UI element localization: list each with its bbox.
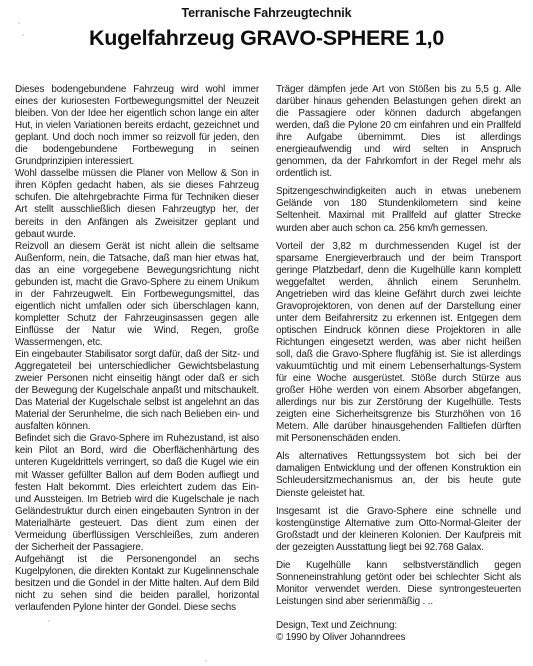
paragraph: Vorteil der 3,82 m durchmessenden Kugel … bbox=[276, 241, 521, 446]
paper-speckle bbox=[205, 660, 207, 662]
paragraph: Wohl dasselbe müssen die Planer von Mell… bbox=[15, 168, 259, 240]
paragraph: Aufgehängt ist die Personengondel an sec… bbox=[15, 554, 259, 614]
copyright-line: © 1990 by Oliver Johanndrees bbox=[276, 632, 521, 644]
paragraph: Befindet sich die Gravo-Sphere im Ruhezu… bbox=[15, 433, 259, 553]
paper-speckle bbox=[48, 620, 50, 622]
paper-speckle bbox=[50, 600, 52, 602]
paper-speckle bbox=[18, 22, 20, 24]
section-kicker: Terranische Fahrzeugtechnik bbox=[0, 6, 533, 20]
paragraph: Reizvoll an diesem Gerät ist nicht allei… bbox=[15, 241, 259, 349]
paper-speckle bbox=[22, 34, 24, 36]
paragraph: Ein eingebauter Stabilisator sorgt dafür… bbox=[15, 349, 259, 433]
credits-label: Design, Text und Zeichnung: bbox=[276, 620, 521, 632]
paragraph: Als alternatives Rettungssystem bot sich… bbox=[276, 451, 521, 499]
paragraph: Träger dämpfen jede Art von Stößen bis z… bbox=[276, 84, 521, 180]
left-text-column: Dieses bodengebundene Fahrzeug wird wohl… bbox=[15, 84, 259, 614]
credits-block: Design, Text und Zeichnung: © 1990 by Ol… bbox=[276, 620, 521, 644]
article-title: Kugelfahrzeug GRAVO-SPHERE 1,0 bbox=[0, 26, 533, 51]
right-text-column: Träger dämpfen jede Art von Stößen bis z… bbox=[276, 84, 521, 644]
paragraph: Insgesamt ist die Gravo-Sphere eine schn… bbox=[276, 506, 521, 554]
document-page: Terranische Fahrzeugtechnik Kugelfahrzeu… bbox=[0, 0, 533, 666]
paragraph: Spitzengeschwindigkeiten auch in etwas u… bbox=[276, 186, 521, 234]
paragraph: Dieses bodengebundene Fahrzeug wird wohl… bbox=[15, 84, 259, 168]
paragraph: Die Kugelhülle kann selbstverständlich g… bbox=[276, 560, 521, 608]
